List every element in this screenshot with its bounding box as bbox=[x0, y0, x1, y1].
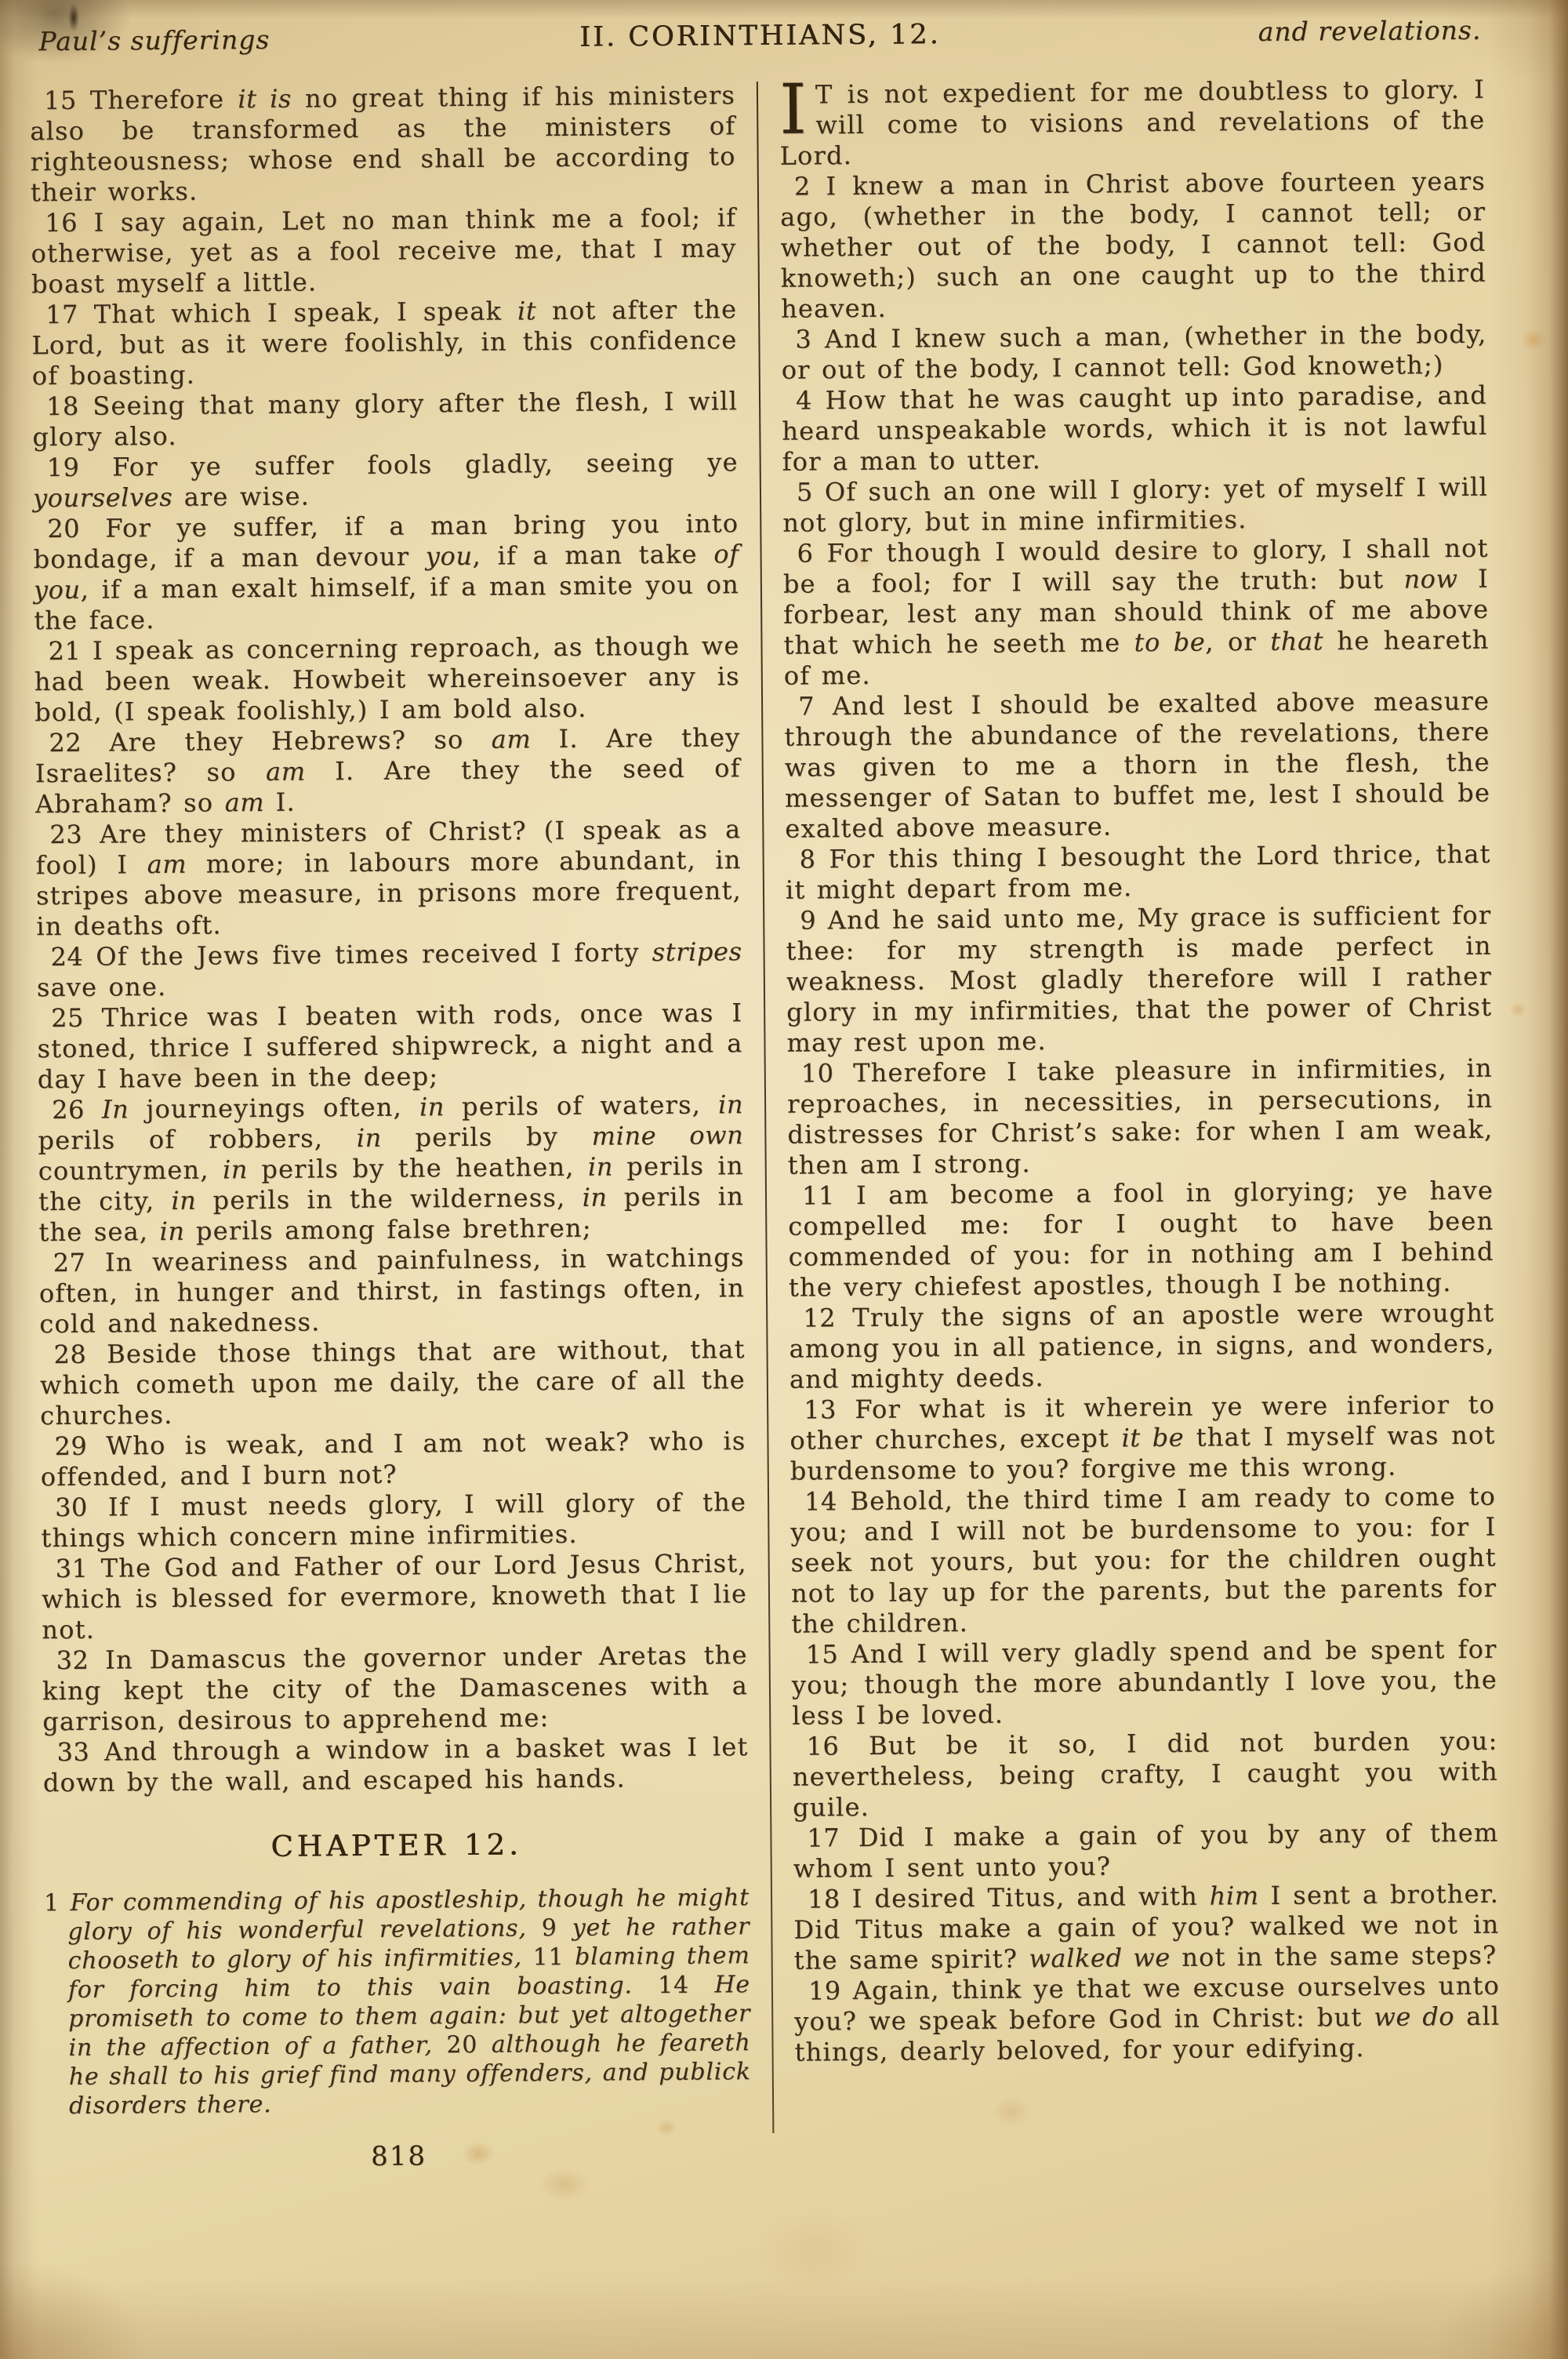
verse-number: 6 bbox=[797, 538, 813, 568]
ch11-verse-23: 23 Are they ministers of Christ? (I spea… bbox=[35, 814, 742, 942]
ch11-verse-18: 18 Seeing that many glory after the fles… bbox=[32, 386, 739, 453]
verse-number: 14 bbox=[804, 1486, 837, 1516]
verse-number: 17 bbox=[807, 1823, 840, 1852]
ch11-verse-28: 28 Beside those things that are without,… bbox=[39, 1334, 746, 1431]
text-columns: 15 Therefore it is no great thing if his… bbox=[30, 75, 1501, 2175]
left-column: 15 Therefore it is no great thing if his… bbox=[30, 80, 752, 2175]
verse-number: 18 bbox=[46, 391, 79, 421]
verse-number: 7 bbox=[798, 691, 815, 721]
ch12-verse-13: 13 For what is it wherein ye were inferi… bbox=[789, 1390, 1496, 1487]
verse-number: 4 bbox=[796, 386, 812, 416]
ch12-verse-11: 11 I am become a fool in glorying; ye ha… bbox=[788, 1176, 1494, 1303]
verse-number: 26 bbox=[52, 1095, 85, 1125]
verse-number: 16 bbox=[806, 1731, 839, 1761]
chapter-summary: 1 For commending of his apostleship, tho… bbox=[44, 1883, 751, 2121]
verse-number: 18 bbox=[808, 1884, 840, 1914]
chapter11-verses: 15 Therefore it is no great thing if his… bbox=[30, 80, 749, 1798]
ch11-verse-27: 27 In weariness and painfulness, in watc… bbox=[39, 1242, 746, 1339]
ch12-verse-10: 10 Therefore I take pleasure in infirmit… bbox=[787, 1053, 1494, 1181]
ch11-verse-21: 21 I speak as concerning reproach, as th… bbox=[34, 631, 740, 728]
italic-text: am bbox=[147, 849, 187, 879]
ch12-verse-15: 15 And I will very gladly spend and be s… bbox=[791, 1634, 1497, 1732]
verse-number: 21 bbox=[48, 636, 81, 666]
page-content: Paul’s sufferings II. CORINTHIANS, 12. a… bbox=[29, 13, 1501, 2175]
italic-text: in bbox=[223, 1154, 248, 1184]
running-head: Paul’s sufferings II. CORINTHIANS, 12. a… bbox=[38, 13, 1481, 59]
ch12-verse-16: 16 But be it so, I did not burden you: n… bbox=[792, 1726, 1498, 1823]
ch11-verse-17: 17 That which I speak, I speak it not af… bbox=[31, 294, 738, 391]
summary-verse-number: 20 bbox=[446, 2031, 492, 2059]
ch12-verse-1: IT is not expedient for me doubtless to … bbox=[779, 75, 1486, 172]
verse-number: 5 bbox=[797, 477, 813, 507]
italic-text: in bbox=[588, 1152, 613, 1182]
ch11-verse-15: 15 Therefore it is no great thing if his… bbox=[30, 80, 736, 208]
italic-text: to be bbox=[1134, 627, 1205, 658]
verse-number: 19 bbox=[808, 1976, 841, 2005]
drop-cap-initial: I bbox=[779, 79, 816, 136]
verse-number: 13 bbox=[804, 1394, 837, 1424]
italic-text: in bbox=[357, 1123, 382, 1153]
page-number: 818 bbox=[45, 2139, 751, 2175]
ch11-verse-19: 19 For ye suffer fools gladly, seeing ye… bbox=[33, 447, 739, 514]
ch11-verse-22: 22 Are they Hebrews? so am I. Are they I… bbox=[34, 722, 741, 820]
ch11-verse-29: 29 Who is weak, and I am not weak? who i… bbox=[40, 1426, 746, 1492]
ch12-verse-3: 3 And I knew such a man, (whether in the… bbox=[781, 319, 1487, 386]
italic-text: you bbox=[426, 541, 473, 571]
verse-number: 3 bbox=[795, 325, 811, 354]
ch11-verse-16: 16 I say again, Let no man think me a fo… bbox=[31, 202, 737, 300]
verse-number: 27 bbox=[53, 1248, 86, 1278]
ch12-verse-12: 12 Truly the signs of an apostle were wr… bbox=[789, 1298, 1495, 1395]
bible-page-scan: Paul’s sufferings II. CORINTHIANS, 12. a… bbox=[0, 0, 1568, 2359]
verse-number: 22 bbox=[49, 728, 82, 758]
italic-text: now bbox=[1403, 564, 1457, 594]
ch12-verse-2: 2 I knew a man in Christ above fourteen … bbox=[780, 166, 1487, 325]
italic-text: in bbox=[171, 1186, 196, 1216]
verse-number: 12 bbox=[803, 1303, 836, 1332]
chapter12-verses: IT is not expedient for me doubtless to … bbox=[779, 75, 1501, 2068]
ch12-verse-18: 18 I desired Titus, and with him I sent … bbox=[793, 1879, 1500, 1976]
italic-text: it be bbox=[1121, 1423, 1184, 1453]
ch12-verse-7: 7 And lest I should be exalted above mea… bbox=[784, 686, 1491, 845]
italic-text: of you bbox=[34, 539, 739, 605]
verse-number: 16 bbox=[45, 208, 78, 238]
ch12-verse-5: 5 Of such an one will I glory: yet of my… bbox=[782, 472, 1489, 539]
running-head-right: and revelations. bbox=[940, 13, 1481, 52]
chapter-heading: CHAPTER 12. bbox=[43, 1827, 749, 1863]
ch11-verse-31: 31 The God and Father of our Lord Jesus … bbox=[42, 1548, 748, 1645]
verse-number: 20 bbox=[47, 514, 80, 543]
ch11-verse-20: 20 For ye suffer, if a man bring you int… bbox=[33, 508, 739, 636]
italic-text: yourselves bbox=[33, 482, 173, 513]
italic-text: am bbox=[492, 724, 532, 754]
verse-number: 11 bbox=[802, 1180, 835, 1210]
italic-text: In bbox=[102, 1094, 129, 1124]
italic-text: in bbox=[419, 1092, 445, 1121]
verse-number: 15 bbox=[44, 85, 77, 115]
summary-verse-number: 9 bbox=[542, 1914, 572, 1942]
verse-number: 28 bbox=[53, 1339, 86, 1369]
verse-number: 9 bbox=[800, 905, 816, 935]
italic-text: stripes bbox=[652, 936, 742, 967]
verse-number: 8 bbox=[800, 844, 816, 874]
verse-number: 23 bbox=[49, 820, 82, 849]
italic-text: am bbox=[225, 787, 265, 817]
right-column: IT is not expedient for me doubtless to … bbox=[779, 75, 1501, 2169]
summary-verse-number: 14 bbox=[658, 1972, 714, 2000]
italic-text: we do bbox=[1374, 2001, 1454, 2032]
verse-number: 24 bbox=[50, 942, 83, 972]
summary-verse-number: 1 bbox=[44, 1889, 71, 1917]
italic-text: him bbox=[1210, 1881, 1259, 1910]
ch11-verse-25: 25 Thrice was I beaten with rods, once w… bbox=[37, 998, 743, 1095]
verse-number: 32 bbox=[56, 1645, 89, 1675]
ch11-verse-30: 30 If I must needs glory, I will glory o… bbox=[41, 1487, 747, 1554]
italic-text: it bbox=[517, 296, 537, 325]
ch12-verse-4: 4 How that he was caught up into paradis… bbox=[782, 380, 1488, 478]
italic-text: am bbox=[266, 757, 306, 787]
italic-text: it is bbox=[238, 84, 292, 114]
running-head-title: II. CORINTHIANS, 12. bbox=[579, 17, 941, 55]
verse-number: 29 bbox=[54, 1431, 87, 1461]
verse-number: 10 bbox=[801, 1058, 834, 1088]
verse-number: 25 bbox=[51, 1003, 84, 1033]
verse-number: 30 bbox=[55, 1492, 88, 1522]
verse-number: 19 bbox=[47, 453, 80, 482]
verse-number: 2 bbox=[794, 172, 811, 202]
summary-verse-number: 11 bbox=[533, 1943, 575, 1971]
ch12-verse-17: 17 Did I make a gain of you by any of th… bbox=[793, 1818, 1499, 1885]
verse-number: 17 bbox=[45, 300, 78, 329]
verse-number: 33 bbox=[56, 1737, 89, 1767]
ch11-verse-32: 32 In Damascus the governor under Aretas… bbox=[42, 1640, 748, 1737]
ch11-verse-33: 33 And through a window in a basket was … bbox=[42, 1732, 749, 1798]
italic-text: walked we bbox=[1029, 1943, 1171, 1973]
italic-text: that bbox=[1270, 626, 1323, 656]
italic-text: mine own bbox=[592, 1120, 744, 1151]
verse-number: 15 bbox=[805, 1639, 838, 1669]
ch12-verse-19: 19 Again, think ye that we excuse oursel… bbox=[794, 1971, 1501, 2068]
running-head-left: Paul’s sufferings bbox=[38, 20, 579, 59]
ch12-verse-8: 8 For this thing I besought the Lord thr… bbox=[786, 839, 1492, 906]
column-divider-rule bbox=[757, 82, 775, 2133]
italic-text: in bbox=[159, 1216, 184, 1246]
ch11-verse-24: 24 Of the Jews five times received I for… bbox=[36, 936, 742, 1003]
ch12-verse-6: 6 For though I would desire to glory, I … bbox=[782, 533, 1490, 692]
ch12-verse-14: 14 Behold, the third time I am ready to … bbox=[790, 1481, 1497, 1640]
ch11-verse-26: 26 In journeyings often, in perils of wa… bbox=[38, 1089, 745, 1248]
italic-text: in bbox=[718, 1089, 743, 1119]
verse-number: 31 bbox=[56, 1554, 89, 1583]
ch12-verse-9: 9 And he said unto me, My grace is suffi… bbox=[786, 900, 1493, 1059]
italic-text: in bbox=[582, 1183, 607, 1212]
